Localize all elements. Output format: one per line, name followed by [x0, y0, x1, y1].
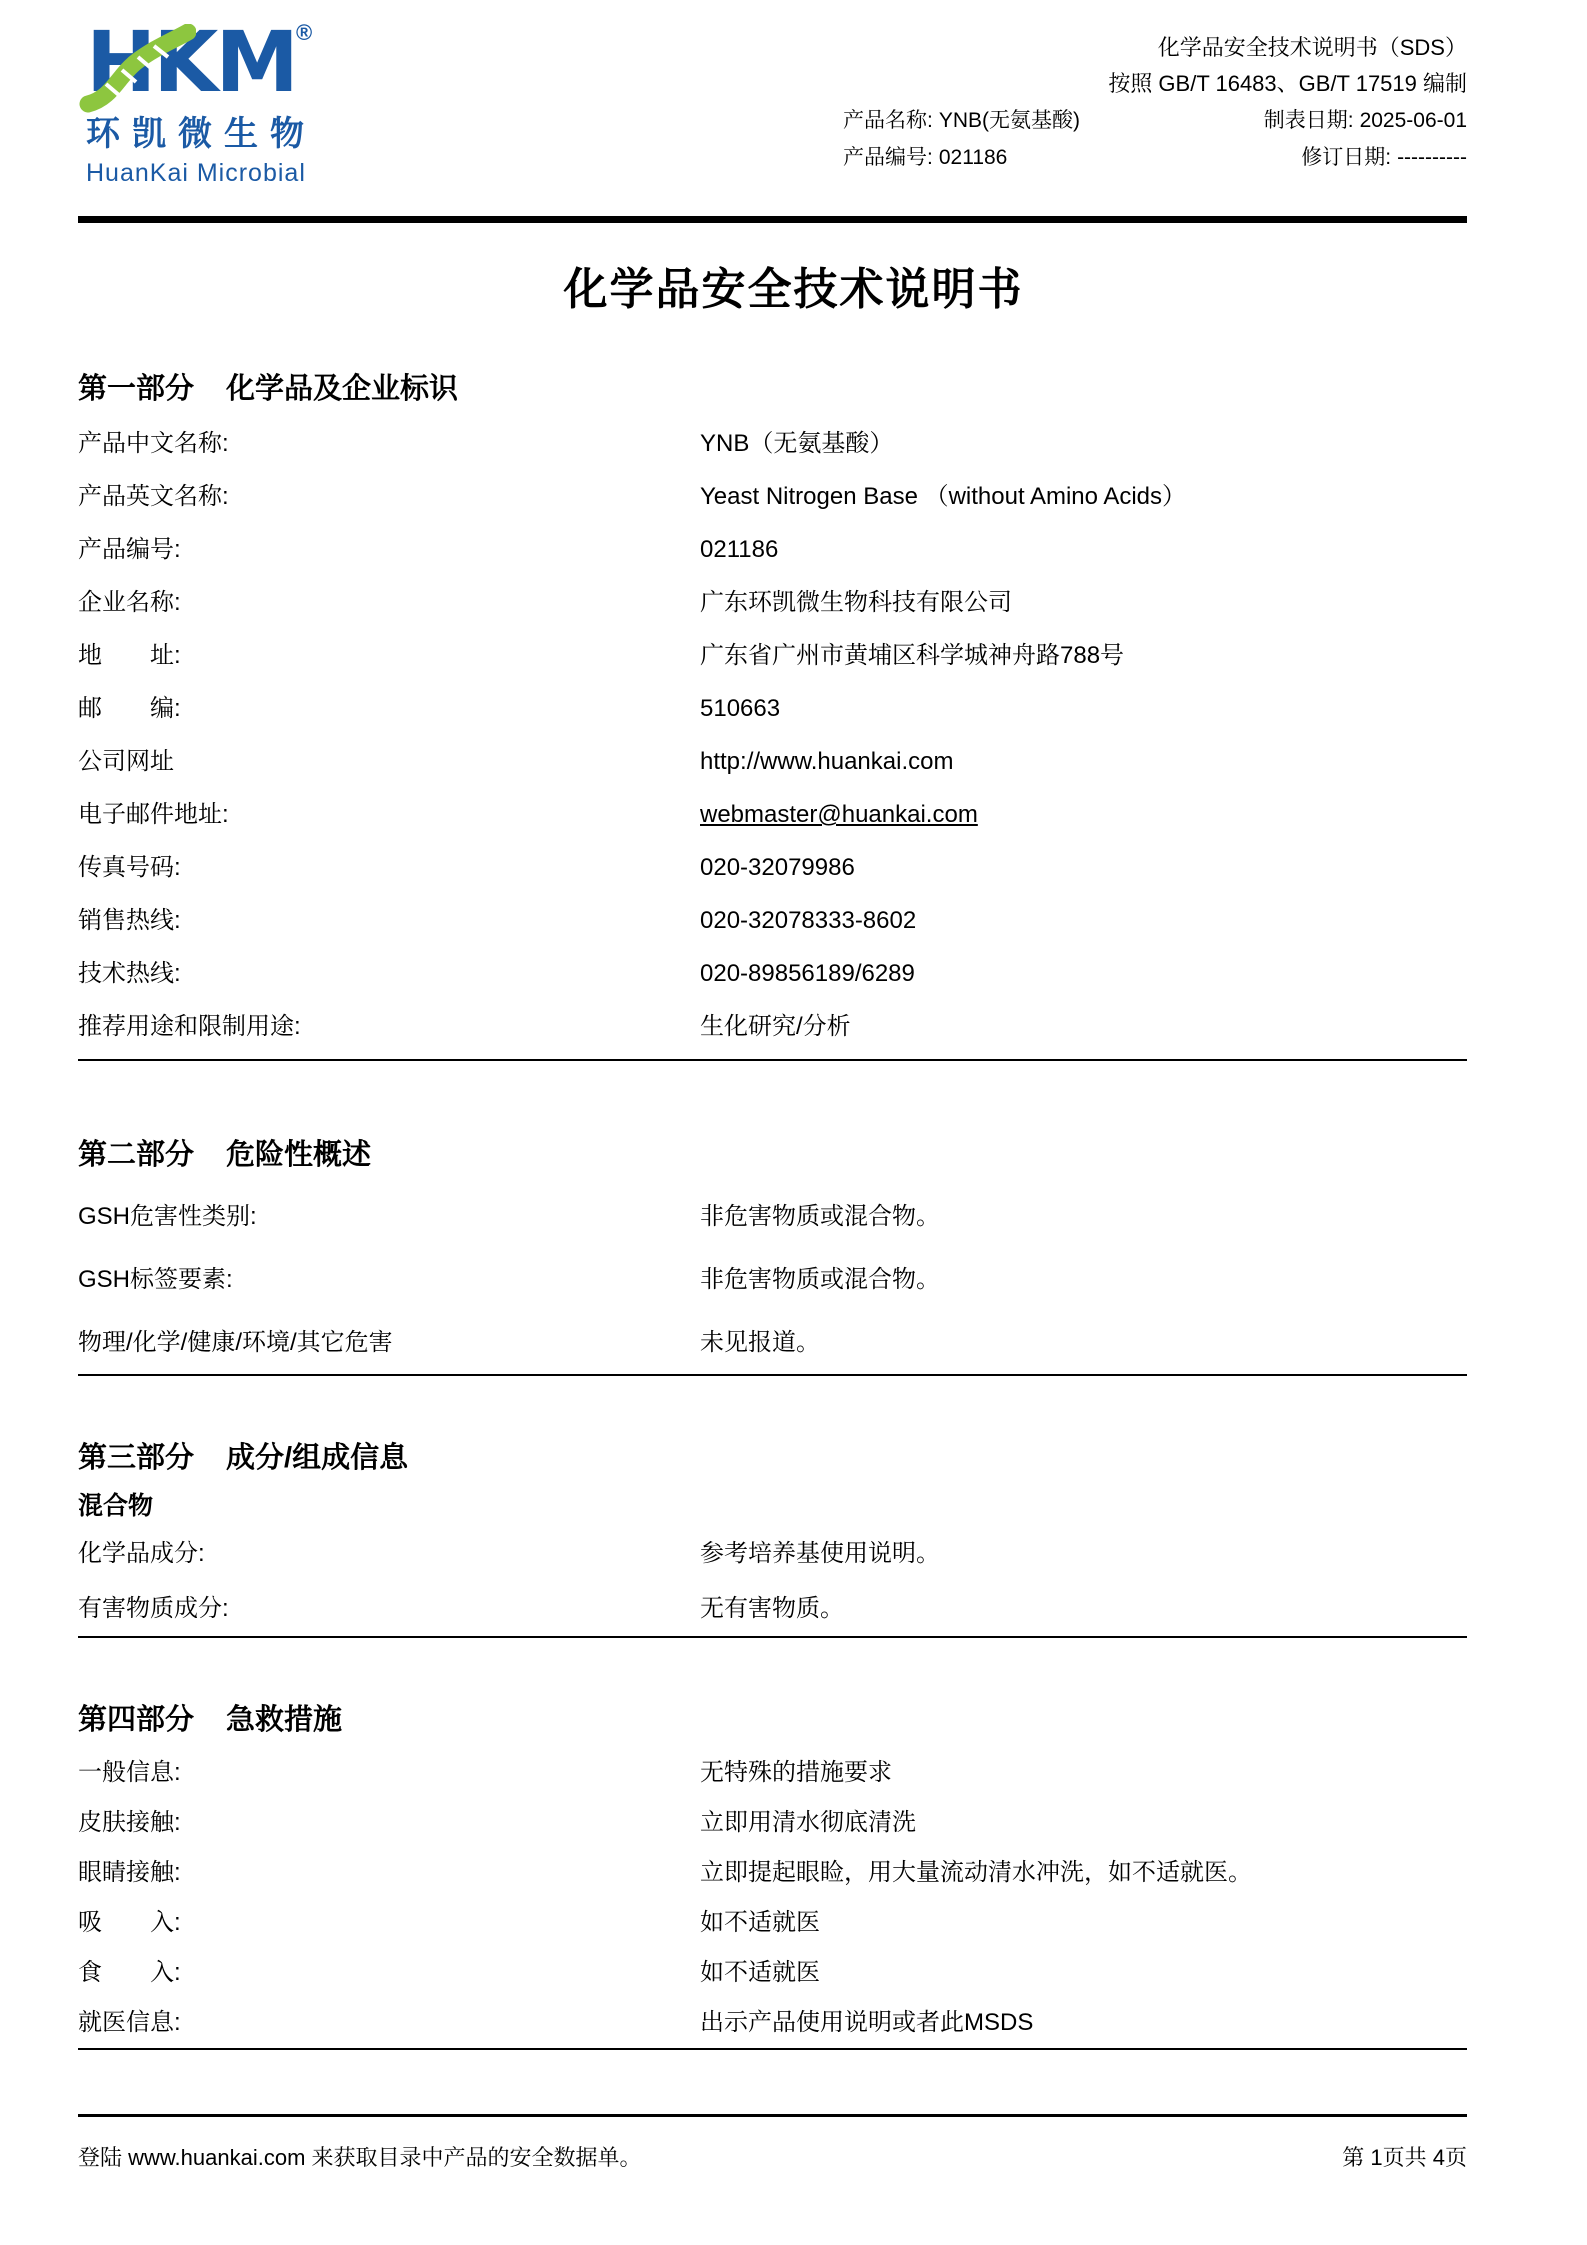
field-row: GSH标签要素: 非危害物质或混合物。	[78, 1248, 1467, 1311]
field-row: 产品编号: 021186	[78, 523, 1467, 576]
hkm-logo: HKM® 环凯微生物 HuanKai Microbial	[78, 20, 446, 188]
field-row: 一般信息: 无特殊的措施要求	[78, 1748, 1467, 1798]
field-row: 化学品成分: 参考培养基使用说明。	[78, 1526, 1467, 1581]
standard-line: 按照 GB/T 16483、GB/T 17519 编制	[843, 66, 1467, 102]
document-header: HKM® 环凯微生物 HuanKai Microbial 化学品安全技术说明书（…	[78, 0, 1467, 208]
field-value: 510663	[700, 682, 1467, 735]
field-row: 产品英文名称: Yeast Nitrogen Base （without Ami…	[78, 470, 1467, 523]
field-label: 地 址:	[78, 629, 700, 682]
field-row: 企业名称: 广东环凯微生物科技有限公司	[78, 576, 1467, 629]
email-link[interactable]: webmaster@huankai.com	[700, 788, 1467, 841]
page-number: 第 1页共 4页	[1342, 2141, 1467, 2172]
field-row: 地 址: 广东省广州市黄埔区科学城神舟路788号	[78, 629, 1467, 682]
field-value: 参考培养基使用说明。	[700, 1526, 1467, 1581]
field-label: 产品编号:	[78, 523, 700, 576]
field-label: 推荐用途和限制用途:	[78, 1000, 700, 1053]
field-value: Yeast Nitrogen Base （without Amino Acids…	[700, 470, 1467, 523]
logo-english-name: HuanKai Microbial	[86, 159, 446, 188]
field-label: 传真号码:	[78, 841, 700, 894]
field-value: 无特殊的措施要求	[700, 1748, 1467, 1798]
registered-trademark-icon: ®	[296, 20, 312, 45]
header-product-code: 产品编号:021186	[843, 139, 1007, 176]
field-value: 020-89856189/6289	[700, 947, 1467, 1000]
field-label: 邮 编:	[78, 682, 700, 735]
field-row: 电子邮件地址: webmaster@huankai.com	[78, 788, 1467, 841]
field-value: 广东环凯微生物科技有限公司	[700, 576, 1467, 629]
field-row: 有害物质成分: 无有害物质。	[78, 1581, 1467, 1636]
logo-brand-text: HKM	[86, 13, 296, 111]
field-row: 就医信息: 出示产品使用说明或者此MSDS	[78, 1998, 1467, 2048]
field-row: 吸 入: 如不适就医	[78, 1898, 1467, 1948]
section-chemical-company-identification: 第一部分 化学品及企业标识 产品中文名称: YNB（无氨基酸） 产品英文名称: …	[78, 369, 1467, 1061]
field-row: 技术热线: 020-89856189/6289	[78, 947, 1467, 1000]
field-value: YNB（无氨基酸）	[700, 417, 1467, 470]
header-product-name: 产品名称:YNB(无氨基酸)	[843, 102, 1080, 139]
field-label: GSH标签要素:	[78, 1248, 700, 1311]
logo-chinese-name: 环凯微生物	[86, 106, 446, 155]
product-code-revision-row: 产品编号:021186 修订日期:----------	[843, 139, 1467, 176]
field-value: 非危害物质或混合物。	[700, 1185, 1467, 1248]
field-row: 皮肤接触: 立即用清水彻底清洗	[78, 1798, 1467, 1848]
field-row: 邮 编: 510663	[78, 682, 1467, 735]
section-1-title: 化学品及企业标识	[226, 369, 458, 409]
footer-note: 登陆 www.huankai.com 来获取目录中产品的安全数据单。	[78, 2141, 642, 2172]
field-label: 眼睛接触:	[78, 1848, 700, 1898]
field-label: 物理/化学/健康/环境/其它危害	[78, 1311, 700, 1374]
section-3-heading: 第三部分 成分/组成信息	[78, 1438, 1467, 1478]
header-made-date: 制表日期:2025-06-01	[1264, 102, 1467, 139]
field-value: 020-32079986	[700, 841, 1467, 894]
page-footer: 登陆 www.huankai.com 来获取目录中产品的安全数据单。 第 1页共…	[78, 2141, 1467, 2172]
section-composition-information: 第三部分 成分/组成信息 混合物 化学品成分: 参考培养基使用说明。 有害物质成…	[78, 1438, 1467, 1638]
field-value: 出示产品使用说明或者此MSDS	[700, 1998, 1467, 2048]
hkm-logo-mark: HKM®	[86, 20, 312, 104]
field-label: 公司网址	[78, 735, 700, 788]
field-value: 非危害物质或混合物。	[700, 1248, 1467, 1311]
page-title: 化学品安全技术说明书	[0, 253, 1587, 317]
doc-type-line: 化学品安全技术说明书（SDS）	[843, 30, 1467, 66]
field-label: 化学品成分:	[78, 1526, 700, 1581]
mixture-subheading: 混合物	[78, 1478, 1467, 1526]
section-2-number: 第二部分	[78, 1135, 194, 1175]
section-1-number: 第一部分	[78, 369, 194, 409]
field-label: 吸 入:	[78, 1898, 700, 1948]
field-value: 如不适就医	[700, 1898, 1467, 1948]
section-3-title: 成分/组成信息	[226, 1438, 408, 1478]
section-hazards-overview: 第二部分 危险性概述 GSH危害性类别: 非危害物质或混合物。 GSH标签要素:…	[78, 1135, 1467, 1376]
header-info-block: 化学品安全技术说明书（SDS） 按照 GB/T 16483、GB/T 17519…	[843, 20, 1467, 176]
section-first-aid-measures: 第四部分 急救措施 一般信息: 无特殊的措施要求 皮肤接触: 立即用清水彻底清洗…	[78, 1700, 1467, 2050]
field-label: 产品中文名称:	[78, 417, 700, 470]
section-4-heading: 第四部分 急救措施	[78, 1700, 1467, 1740]
section-4-number: 第四部分	[78, 1700, 194, 1740]
header-divider	[78, 216, 1467, 223]
field-value: 无有害物质。	[700, 1581, 1467, 1636]
field-row: 产品中文名称: YNB（无氨基酸）	[78, 417, 1467, 470]
header-revision-date: 修订日期:----------	[1301, 139, 1467, 176]
section-2-title: 危险性概述	[226, 1135, 371, 1175]
field-value: 020-32078333-8602	[700, 894, 1467, 947]
field-row: 传真号码: 020-32079986	[78, 841, 1467, 894]
section-2-heading: 第二部分 危险性概述	[78, 1135, 1467, 1175]
field-value: 021186	[700, 523, 1467, 576]
field-label: 一般信息:	[78, 1748, 700, 1798]
field-label: 技术热线:	[78, 947, 700, 1000]
field-value: 立即提起眼睑，用大量流动清水冲洗，如不适就医。	[700, 1848, 1467, 1898]
field-row: 眼睛接触: 立即提起眼睑，用大量流动清水冲洗，如不适就医。	[78, 1848, 1467, 1898]
section-4-title: 急救措施	[226, 1700, 342, 1740]
product-name-date-row: 产品名称:YNB(无氨基酸) 制表日期:2025-06-01	[843, 102, 1467, 139]
section-1-heading: 第一部分 化学品及企业标识	[78, 369, 1467, 409]
field-row: 食 入: 如不适就医	[78, 1948, 1467, 1998]
footer-divider	[78, 2114, 1467, 2117]
field-label: 就医信息:	[78, 1998, 700, 2048]
section-3-number: 第三部分	[78, 1438, 194, 1478]
company-website-url: http://www.huankai.com	[700, 735, 1467, 788]
field-value: 生化研究/分析	[700, 1000, 1467, 1053]
field-row: 推荐用途和限制用途: 生化研究/分析	[78, 1000, 1467, 1053]
field-row: GSH危害性类别: 非危害物质或混合物。	[78, 1185, 1467, 1248]
field-row: 物理/化学/健康/环境/其它危害 未见报道。	[78, 1311, 1467, 1374]
field-value: 立即用清水彻底清洗	[700, 1798, 1467, 1848]
field-value: 如不适就医	[700, 1948, 1467, 1998]
field-label: 电子邮件地址:	[78, 788, 700, 841]
field-label: 皮肤接触:	[78, 1798, 700, 1848]
field-label: 食 入:	[78, 1948, 700, 1998]
field-value: 广东省广州市黄埔区科学城神舟路788号	[700, 629, 1467, 682]
field-label: 销售热线:	[78, 894, 700, 947]
field-label: 产品英文名称:	[78, 470, 700, 523]
field-value: 未见报道。	[700, 1311, 1467, 1374]
field-label: 企业名称:	[78, 576, 700, 629]
field-label: 有害物质成分:	[78, 1581, 700, 1636]
field-row: 公司网址 http://www.huankai.com	[78, 735, 1467, 788]
field-row: 销售热线: 020-32078333-8602	[78, 894, 1467, 947]
field-label: GSH危害性类别:	[78, 1185, 700, 1248]
sds-document-page: HKM® 环凯微生物 HuanKai Microbial 化学品安全技术说明书（…	[0, 0, 1587, 2245]
